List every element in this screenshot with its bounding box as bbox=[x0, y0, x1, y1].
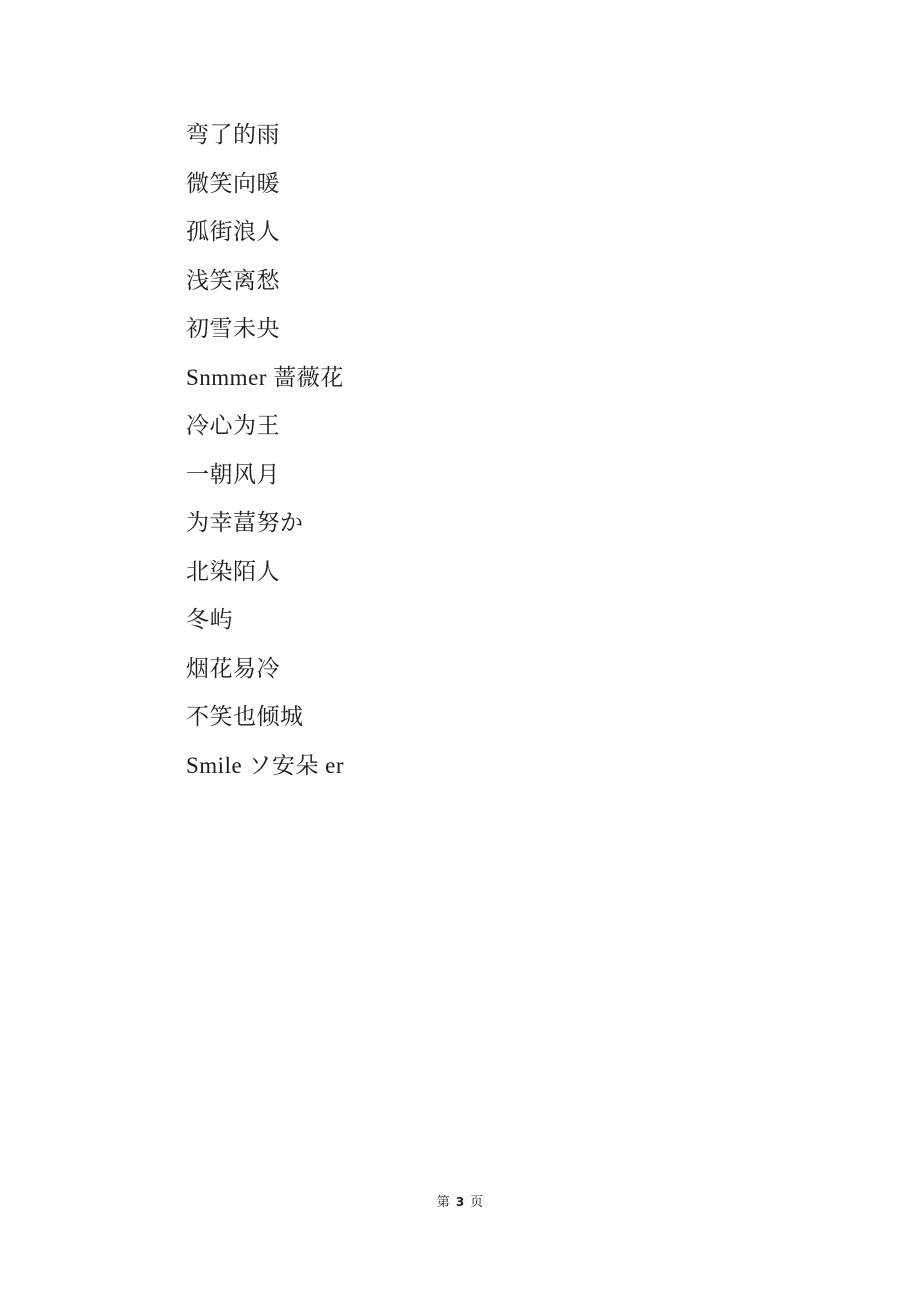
text-line: 微笑向暖 bbox=[186, 170, 344, 219]
text-line: 烟花易冷 bbox=[186, 655, 344, 704]
text-body: 弯了的雨 微笑向暖 孤街浪人 浅笑离愁 初雪未央 Snmmer 蔷薇花 冷心为王… bbox=[186, 121, 344, 800]
text-line: Smile ソ安朵 er bbox=[186, 752, 344, 801]
text-line: 冷心为王 bbox=[186, 412, 344, 461]
text-line: 冬屿 bbox=[186, 606, 344, 655]
text-line: 初雪未央 bbox=[186, 315, 344, 364]
text-line: Snmmer 蔷薇花 bbox=[186, 364, 344, 413]
document-page: 弯了的雨 微笑向暖 孤街浪人 浅笑离愁 初雪未央 Snmmer 蔷薇花 冷心为王… bbox=[0, 0, 920, 1302]
footer-page-suffix: 页 bbox=[470, 1191, 483, 1210]
footer-page-prefix: 第 bbox=[437, 1191, 450, 1210]
text-line: 一朝风月 bbox=[186, 461, 344, 510]
text-line: 为幸葍努か bbox=[186, 509, 344, 558]
text-line: 浅笑离愁 bbox=[186, 267, 344, 316]
text-line: 不笑也倾城 bbox=[186, 703, 344, 752]
text-line: 弯了的雨 bbox=[186, 121, 344, 170]
footer-page-number: 3 bbox=[456, 1195, 464, 1209]
page-footer: 第3页 bbox=[0, 1191, 920, 1210]
text-line: 北染陌人 bbox=[186, 558, 344, 607]
text-line: 孤街浪人 bbox=[186, 218, 344, 267]
